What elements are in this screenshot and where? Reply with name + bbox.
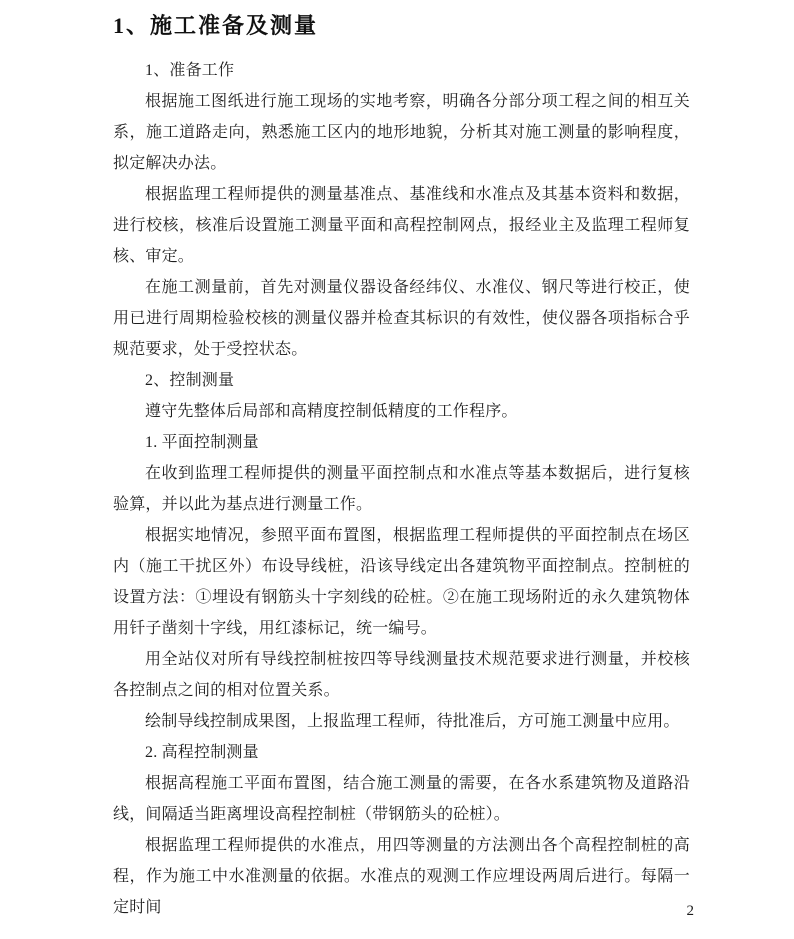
paragraph-work-procedure: 遵守先整体后局部和高精度控制低精度的工作程序。	[113, 396, 690, 427]
document-page: 1、施工准备及测量 1、准备工作 根据施工图纸进行施工现场的实地考察，明确各分部…	[0, 0, 794, 939]
page-number: 2	[687, 901, 695, 921]
section-heading-preparation: 1、准备工作	[113, 55, 690, 86]
paragraph-instrument-calibration: 在施工测量前，首先对测量仪器设备经纬仪、水准仪、钢尺等进行校正，使用已进行周期检…	[113, 272, 690, 365]
paragraph-elevation-stake-layout: 根据高程施工平面布置图，结合施工测量的需要，在各水系建筑物及道路沿线，间隔适当距…	[113, 768, 690, 830]
subsection-heading-plane-control: 1. 平面控制测量	[113, 427, 690, 458]
paragraph-elevation-measurement: 根据监理工程师提供的水准点，用四等测量的方法测出各个高程控制桩的高程，作为施工中…	[113, 830, 690, 923]
document-body: 1、准备工作 根据施工图纸进行施工现场的实地考察，明确各分部分项工程之间的相互关…	[113, 55, 690, 923]
subsection-heading-elevation-control: 2. 高程控制测量	[113, 737, 690, 768]
paragraph-traverse-stake-layout: 根据实地情况，参照平面布置图，根据监理工程师提供的平面控制点在场区内（施工干扰区…	[113, 520, 690, 644]
document-title: 1、施工准备及测量	[113, 9, 690, 42]
paragraph-plane-control-verification: 在收到监理工程师提供的测量平面控制点和水准点等基本数据后，进行复核验算，并以此为…	[113, 458, 690, 520]
section-heading-control-survey: 2、控制测量	[113, 365, 690, 396]
paragraph-total-station-survey: 用全站仪对所有导线控制桩按四等导线测量技术规范要求进行测量，并校核各控制点之间的…	[113, 644, 690, 706]
paragraph-benchmark-data-check: 根据监理工程师提供的测量基准点、基准线和水准点及其基本资料和数据，进行校核，核准…	[113, 179, 690, 272]
paragraph-site-survey: 根据施工图纸进行施工现场的实地考察，明确各分部分项工程之间的相互关系，施工道路走…	[113, 86, 690, 179]
paragraph-traverse-result-map: 绘制导线控制成果图，上报监理工程师，待批准后，方可施工测量中应用。	[113, 706, 690, 737]
